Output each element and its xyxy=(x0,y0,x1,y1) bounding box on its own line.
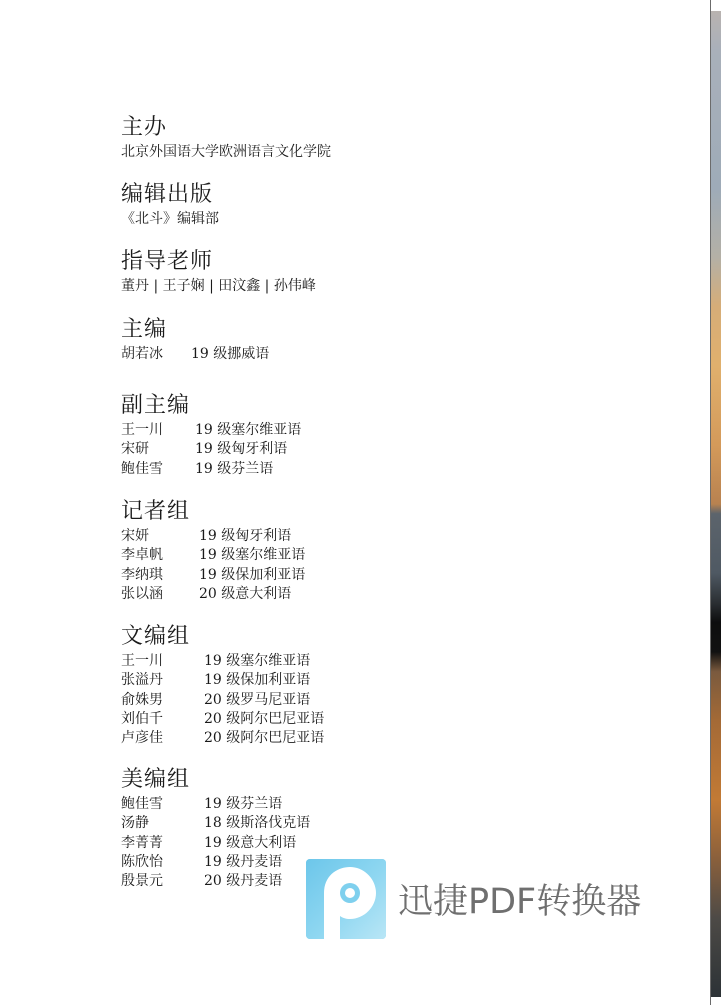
section-heading: 主办 xyxy=(121,115,331,141)
member-row: 宋妍 19 级匈牙利语 xyxy=(121,527,305,546)
member-dept: 19 级塞尔维亚语 xyxy=(195,421,301,440)
member-name: 陈欣怡 xyxy=(121,853,204,872)
member-row: 张以涵 20 级意大利语 xyxy=(121,585,305,604)
section-heading: 指导老师 xyxy=(121,249,316,275)
member-row: 宋研 19 级匈牙利语 xyxy=(121,440,301,459)
section-text-editors: 文编组 王一川 19 级塞尔维亚语 张溢丹 19 级保加利亚语 俞姝男 20 级… xyxy=(121,624,324,748)
member-dept: 18 级斯洛伐克语 xyxy=(204,814,310,833)
member-name: 胡若冰 xyxy=(121,345,191,364)
member-row: 鲍佳雪 19 级芬兰语 xyxy=(121,795,310,814)
member-row: 李纳琪 19 级保加利亚语 xyxy=(121,566,305,585)
member-row: 鲍佳雪 19 级芬兰语 xyxy=(121,460,301,479)
member-row: 胡若冰 19 级挪威语 xyxy=(121,345,269,364)
section-heading: 记者组 xyxy=(121,499,305,525)
member-name: 张以涵 xyxy=(121,585,199,604)
member-name: 鲍佳雪 xyxy=(121,795,204,814)
member-row: 刘伯千 20 级阿尔巴尼亚语 xyxy=(121,710,324,729)
member-dept: 19 级意大利语 xyxy=(204,834,296,853)
member-row: 王一川 19 级塞尔维亚语 xyxy=(121,652,324,671)
section-publisher: 编辑出版 《北斗》编辑部 xyxy=(121,182,219,229)
watermark-text: 迅捷PDF转换器 xyxy=(398,874,641,924)
member-dept: 19 级塞尔维亚语 xyxy=(204,652,310,671)
section-advisors: 指导老师 董丹 | 王子娴 | 田汶鑫 | 孙伟峰 xyxy=(121,249,316,296)
member-name: 宋妍 xyxy=(121,527,199,546)
watermark: 迅捷PDF转换器 xyxy=(306,859,666,939)
section-reporters: 记者组 宋妍 19 级匈牙利语 李卓帆 19 级塞尔维亚语 李纳琪 19 级保加… xyxy=(121,499,305,604)
publisher-name: 《北斗》编辑部 xyxy=(121,210,219,229)
document-page: 主办 北京外国语大学欧洲语言文化学院 编辑出版 《北斗》编辑部 指导老师 董丹 … xyxy=(0,0,710,1005)
host-organization: 北京外国语大学欧洲语言文化学院 xyxy=(121,143,331,162)
section-heading: 主编 xyxy=(121,317,269,343)
member-row: 张溢丹 19 级保加利亚语 xyxy=(121,671,324,690)
section-art-editors: 美编组 鲍佳雪 19 级芬兰语 汤静 18 级斯洛伐克语 李菁菁 19 级意大利… xyxy=(121,767,310,891)
member-row: 王一川 19 级塞尔维亚语 xyxy=(121,421,301,440)
section-heading: 编辑出版 xyxy=(121,182,219,208)
member-row: 李卓帆 19 级塞尔维亚语 xyxy=(121,546,305,565)
member-name: 宋研 xyxy=(121,440,195,459)
member-name: 卢彦佳 xyxy=(121,729,204,748)
member-dept: 19 级保加利亚语 xyxy=(204,671,310,690)
member-dept: 19 级芬兰语 xyxy=(204,795,282,814)
member-name: 李卓帆 xyxy=(121,546,199,565)
section-heading: 副主编 xyxy=(121,393,301,419)
member-dept: 19 级匈牙利语 xyxy=(195,440,287,459)
member-row: 汤静 18 级斯洛伐克语 xyxy=(121,814,310,833)
p-logo-icon xyxy=(306,859,386,939)
adjacent-page-photo xyxy=(711,11,721,997)
member-name: 汤静 xyxy=(121,814,204,833)
member-row: 殷景元 20 级丹麦语 xyxy=(121,872,310,891)
member-name: 李菁菁 xyxy=(121,834,204,853)
member-dept: 19 级保加利亚语 xyxy=(199,566,305,585)
member-name: 鲍佳雪 xyxy=(121,460,195,479)
member-dept: 19 级芬兰语 xyxy=(195,460,273,479)
advisors-list: 董丹 | 王子娴 | 田汶鑫 | 孙伟峰 xyxy=(121,277,316,296)
member-dept: 20 级意大利语 xyxy=(199,585,291,604)
member-dept: 19 级丹麦语 xyxy=(204,853,282,872)
section-heading: 文编组 xyxy=(121,624,324,650)
member-row: 陈欣怡 19 级丹麦语 xyxy=(121,853,310,872)
member-row: 李菁菁 19 级意大利语 xyxy=(121,834,310,853)
member-dept: 20 级阿尔巴尼亚语 xyxy=(204,710,324,729)
member-name: 王一川 xyxy=(121,421,195,440)
section-host: 主办 北京外国语大学欧洲语言文化学院 xyxy=(121,115,331,162)
member-name: 刘伯千 xyxy=(121,710,204,729)
member-name: 王一川 xyxy=(121,652,204,671)
member-dept: 19 级挪威语 xyxy=(191,345,269,364)
section-heading: 美编组 xyxy=(121,767,310,793)
member-dept: 20 级丹麦语 xyxy=(204,872,282,891)
member-dept: 19 级塞尔维亚语 xyxy=(199,546,305,565)
member-row: 卢彦佳 20 级阿尔巴尼亚语 xyxy=(121,729,324,748)
member-name: 殷景元 xyxy=(121,872,204,891)
section-editor-in-chief: 主编 胡若冰 19 级挪威语 xyxy=(121,317,269,364)
member-row: 俞姝男 20 级罗马尼亚语 xyxy=(121,691,324,710)
member-name: 李纳琪 xyxy=(121,566,199,585)
member-dept: 20 级阿尔巴尼亚语 xyxy=(204,729,324,748)
bottom-margin xyxy=(711,997,721,1005)
member-name: 俞姝男 xyxy=(121,691,204,710)
member-name: 张溢丹 xyxy=(121,671,204,690)
member-dept: 20 级罗马尼亚语 xyxy=(204,691,310,710)
section-deputy-editors: 副主编 王一川 19 级塞尔维亚语 宋研 19 级匈牙利语 鲍佳雪 19 级芬兰… xyxy=(121,393,301,479)
member-dept: 19 级匈牙利语 xyxy=(199,527,291,546)
